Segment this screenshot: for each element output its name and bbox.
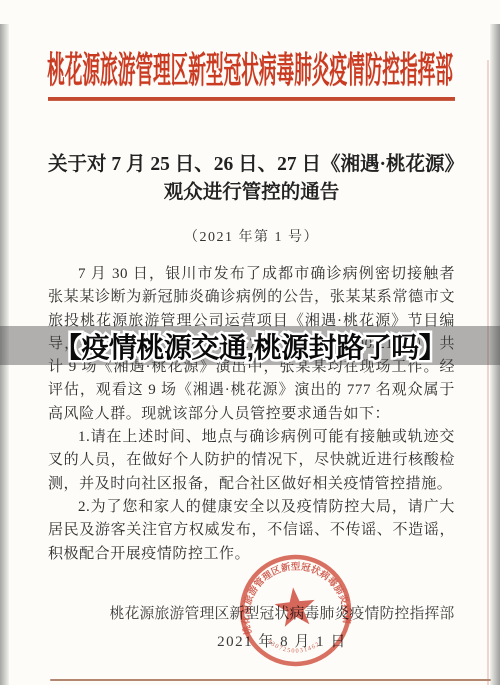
- official-seal: 桃花源旅游管理区新型冠状病毒肺炎疫情防控指挥部 4307250031462: [231, 546, 360, 675]
- document-body: 7 月 30 日，银川市发布了成都市确诊病例密切接触者张某某诊断为新冠肺炎确诊病…: [48, 263, 455, 566]
- document-title-line1: 关于对 7 月 25 日、26 日、27 日《湘遇·桃花源》: [48, 151, 455, 179]
- footer-line: [50, 679, 491, 682]
- letterhead-divider: [48, 97, 455, 101]
- document-page: 桃花源旅游管理区新型冠状病毒肺炎疫情防控指挥部 关于对 7 月 25 日、26 …: [0, 0, 500, 685]
- page-edge-accent-line: [487, 60, 489, 685]
- seal-serial-number: 4307250031462: [266, 633, 323, 658]
- caption-overlay-text: 【疫情桃源交通,桃源封路了吗】: [54, 326, 446, 366]
- caption-overlay-band: 【疫情桃源交通,桃源封路了吗】: [0, 326, 500, 365]
- document-number: （2021 年第 1 号）: [48, 226, 455, 246]
- body-paragraph: 1.请在上述时间、地点与确诊病例可能有接触或轨迹交叉的人员，在做好个人防护的情况…: [48, 426, 455, 496]
- document-title-line2: 观众进行管控的通告: [48, 179, 455, 207]
- document-title: 关于对 7 月 25 日、26 日、27 日《湘遇·桃花源》 观众进行管控的通告: [48, 151, 455, 207]
- letterhead-org-name: 桃花源旅游管理区新型冠状病毒肺炎疫情防控指挥部: [47, 42, 453, 93]
- seal-star-icon: [273, 585, 317, 627]
